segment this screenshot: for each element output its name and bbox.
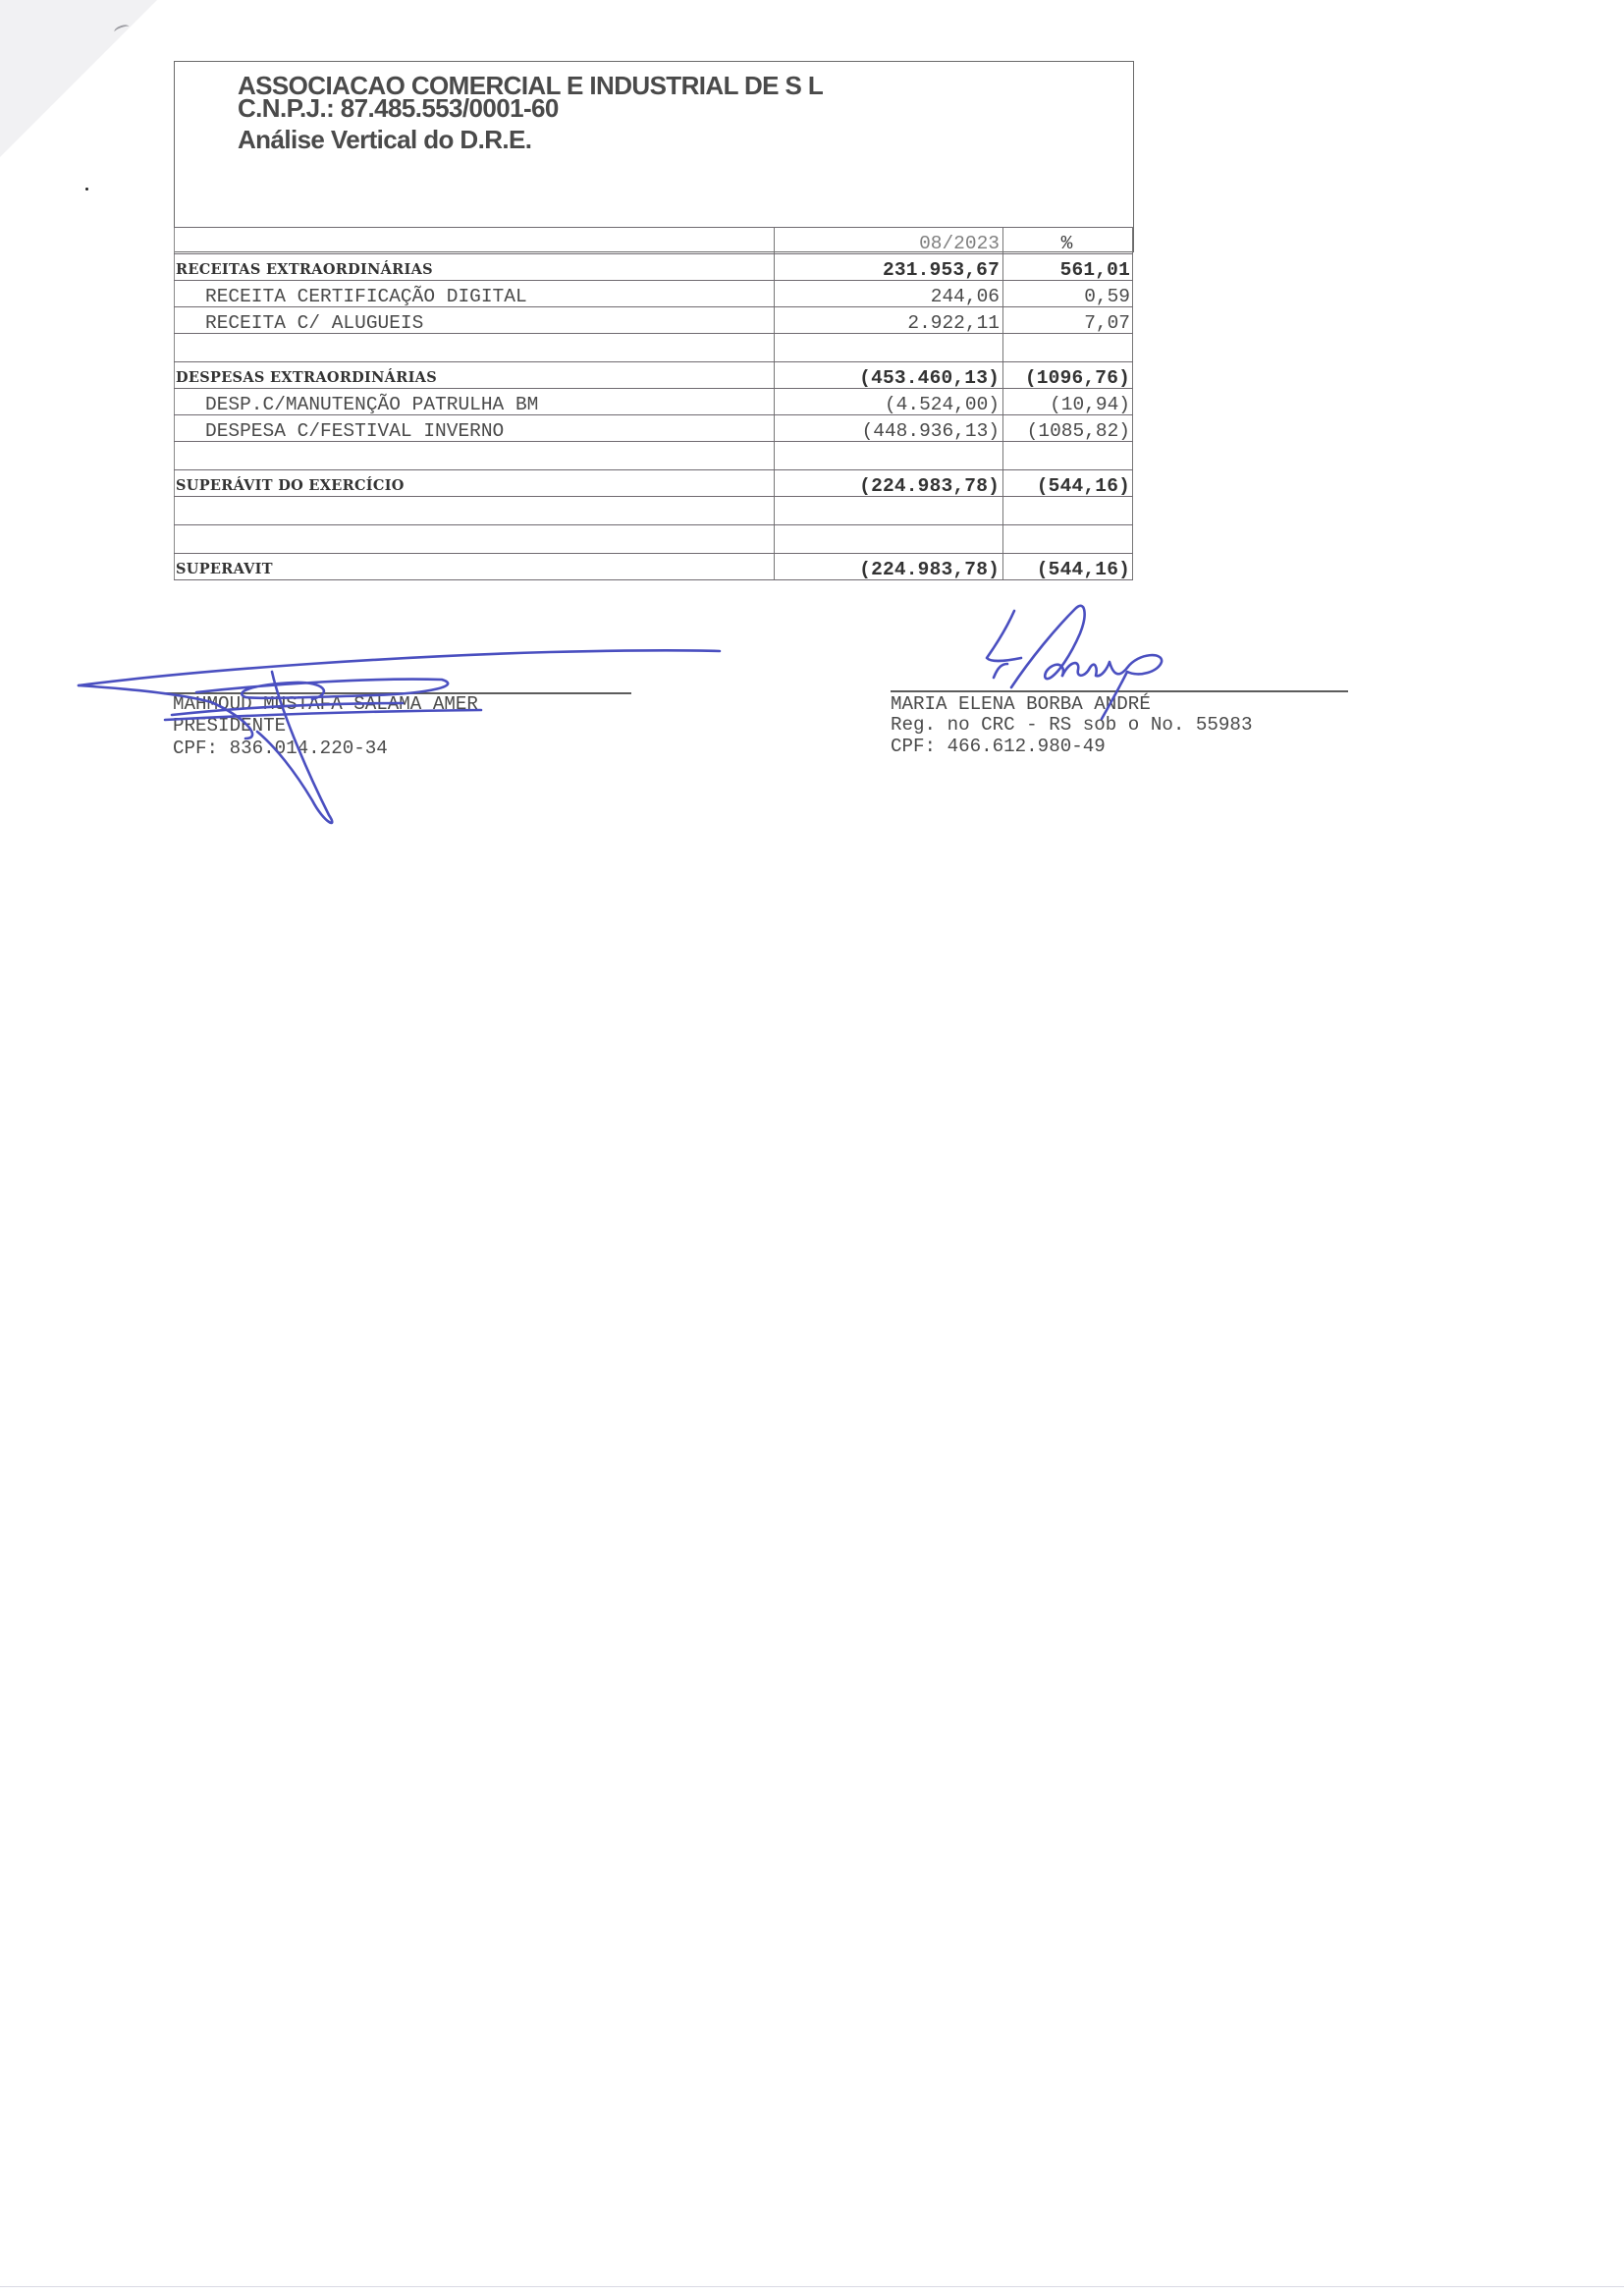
row-percent: (544,16) xyxy=(1003,470,1133,497)
row-value: 2.922,11 xyxy=(775,307,1003,334)
signature-accountant-stroke xyxy=(994,664,1007,678)
row-label: RECEITA C/ ALUGUEIS xyxy=(175,307,775,334)
spacer-row xyxy=(175,442,1133,470)
row-percent: (1085,82) xyxy=(1003,415,1133,442)
scan-corner-shadow xyxy=(0,0,157,157)
company-cnpj: C.N.P.J.: 87.485.553/0001-60 xyxy=(238,93,559,124)
row-value: (224.983,78) xyxy=(775,554,1003,580)
row-label xyxy=(175,525,775,554)
row-value xyxy=(775,525,1003,554)
signer-cpf: CPF: 836.014.220-34 xyxy=(173,738,388,759)
signature-accountant-stroke xyxy=(987,611,1021,661)
total-row: DESPESAS EXTRAORDINÁRIAS(453.460,13)(109… xyxy=(175,362,1133,389)
row-label: DESP.C/MANUTENÇÃO PATRULHA BM xyxy=(175,389,775,415)
row-label: RECEITAS EXTRAORDINÁRIAS xyxy=(175,254,775,281)
spacer-row xyxy=(175,525,1133,554)
row-percent: 561,01 xyxy=(1003,254,1133,281)
row-value xyxy=(775,334,1003,362)
row-percent xyxy=(1003,334,1133,362)
row-value: (453.460,13) xyxy=(775,362,1003,389)
signature-accountant-stroke xyxy=(1062,662,1127,676)
row-percent: 7,07 xyxy=(1003,307,1133,334)
row-label: RECEITA CERTIFICAÇÃO DIGITAL xyxy=(175,281,775,307)
signer-role: PRESIDENTE xyxy=(173,715,286,737)
scan-edge-line xyxy=(0,2286,1624,2287)
row-percent: (10,94) xyxy=(1003,389,1133,415)
header-percent: % xyxy=(1003,228,1133,254)
row-label xyxy=(175,442,775,470)
table-header-row: 08/2023 % xyxy=(175,228,1133,254)
row-value: (4.524,00) xyxy=(775,389,1003,415)
scan-dot xyxy=(85,188,88,191)
total-row: SUPERÁVIT DO EXERCÍCIO(224.983,78)(544,1… xyxy=(175,470,1133,497)
dre-table: 08/2023 % RECEITAS EXTRAORDINÁRIAS231.95… xyxy=(174,227,1133,580)
row-value: 231.953,67 xyxy=(775,254,1003,281)
row-percent xyxy=(1003,497,1133,525)
total-row: SUPERAVIT(224.983,78)(544,16) xyxy=(175,554,1133,580)
row-value xyxy=(775,442,1003,470)
spacer-row xyxy=(175,334,1133,362)
row-label: SUPERÁVIT DO EXERCÍCIO xyxy=(175,470,775,497)
header-label-cell xyxy=(175,228,775,254)
table-row: RECEITA CERTIFICAÇÃO DIGITAL244,060,59 xyxy=(175,281,1133,307)
row-percent xyxy=(1003,442,1133,470)
row-percent xyxy=(1003,525,1133,554)
row-percent: (1096,76) xyxy=(1003,362,1133,389)
row-label xyxy=(175,334,775,362)
header-period: 08/2023 xyxy=(775,228,1003,254)
signature-accountant-stroke xyxy=(1011,606,1085,687)
row-label xyxy=(175,497,775,525)
row-label: DESPESAS EXTRAORDINÁRIAS xyxy=(175,362,775,389)
row-value: (224.983,78) xyxy=(775,470,1003,497)
row-label: SUPERAVIT xyxy=(175,554,775,580)
signature-president-stroke xyxy=(79,650,720,685)
spacer-row xyxy=(175,497,1133,525)
total-row: RECEITAS EXTRAORDINÁRIAS231.953,67561,01 xyxy=(175,254,1133,281)
signer-cpf: CPF: 466.612.980-49 xyxy=(891,736,1106,757)
table-row: RECEITA C/ ALUGUEIS2.922,117,07 xyxy=(175,307,1133,334)
report-header: ASSOCIACAO COMERCIAL E INDUSTRIAL DE S L… xyxy=(174,61,1134,252)
row-value: (448.936,13) xyxy=(775,415,1003,442)
row-value xyxy=(775,497,1003,525)
signature-line xyxy=(891,690,1348,692)
table-row: DESP.C/MANUTENÇÃO PATRULHA BM(4.524,00)(… xyxy=(175,389,1133,415)
report-title: Análise Vertical do D.R.E. xyxy=(238,125,531,155)
row-percent: 0,59 xyxy=(1003,281,1133,307)
signer-registration: Reg. no CRC - RS sob o No. 55983 xyxy=(891,714,1252,736)
signer-name: MARIA ELENA BORBA ANDRÉ xyxy=(891,693,1151,715)
row-label: DESPESA C/FESTIVAL INVERNO xyxy=(175,415,775,442)
row-percent: (544,16) xyxy=(1003,554,1133,580)
row-value: 244,06 xyxy=(775,281,1003,307)
signer-name: MAHMOUD MUSTAFA SALAMA AMER xyxy=(173,693,478,715)
table-row: DESPESA C/FESTIVAL INVERNO(448.936,13)(1… xyxy=(175,415,1133,442)
